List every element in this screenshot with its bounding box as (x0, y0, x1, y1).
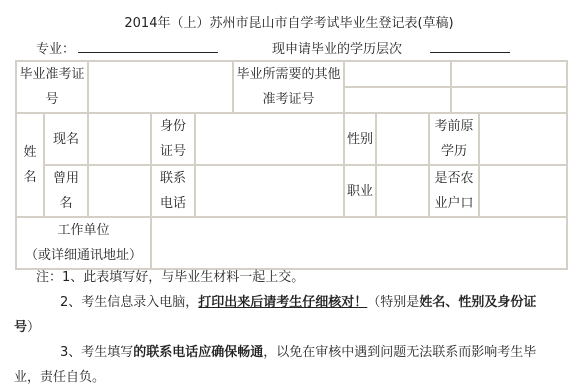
current-name-cell[interactable] (88, 113, 151, 165)
gender-cell[interactable] (376, 113, 429, 165)
employer-label: 工作单位 （或详细通讯地址） (16, 217, 151, 269)
note-3: 3、考生填写的联系电话应确保畅通，以免在审核中遇到问题无法联系而影响考生毕 (0, 340, 578, 365)
note-2-mid: （特别是 (367, 295, 419, 310)
employer-cell[interactable] (151, 217, 567, 269)
rural-hukou-cell[interactable] (479, 165, 567, 217)
meta-row: 专业： 现申请毕业的学历层次 (0, 38, 578, 56)
former-name-label: 曾用名 (44, 165, 88, 217)
prior-education-cell[interactable] (479, 113, 567, 165)
other-exam-id-cell-3[interactable] (344, 87, 451, 113)
note-2: 2、考生信息录入电脑，打印出来后请考生仔细核对！（特别是姓名、性别及身份证 (0, 290, 578, 315)
prior-education-label: 考前原学历 (429, 113, 479, 165)
note-3-wrap: 业，责任自负。 (0, 365, 578, 385)
employer-label-line1: 工作单位 (19, 218, 148, 243)
other-exam-ids-label: 毕业所需要的其他准考证号 (233, 61, 344, 113)
form-title: 2014年（上）苏州市昆山市自学考试毕业生登记表(草稿) (0, 12, 578, 31)
occupation-cell[interactable] (376, 165, 429, 217)
notes: 注：1、此表填写好，与毕业生材料一起上交。 2、考生信息录入电脑，打印出来后请考… (0, 265, 578, 385)
note-2-wrap-bold: 号 (14, 320, 27, 335)
current-name-label: 现名 (44, 113, 88, 165)
note-2-end: ） (27, 320, 40, 335)
note-2-wrap: 号） (0, 315, 578, 340)
note-2-prefix: 2、考生信息录入电脑， (60, 295, 198, 310)
other-exam-id-cell-4[interactable] (451, 87, 567, 113)
rural-hukou-label: 是否农业户口 (429, 165, 479, 217)
occupation-label: 职业 (344, 165, 376, 217)
major-field[interactable] (78, 52, 218, 53)
note-3-prefix: 3、考生填写 (60, 345, 133, 360)
exam-id-cell[interactable] (88, 61, 233, 113)
exam-id-label: 毕业准考证号 (16, 61, 88, 113)
other-exam-id-cell-1[interactable] (344, 61, 451, 87)
id-card-label: 身份证号 (151, 113, 195, 165)
id-card-cell[interactable] (195, 113, 344, 165)
note-3-rest: ，以免在审核中遇到问题无法联系而影响考生毕 (263, 345, 536, 360)
major-label: 专业： (36, 38, 75, 57)
gender-label: 性别 (344, 113, 376, 165)
phone-cell[interactable] (195, 165, 344, 217)
note-1: 注：1、此表填写好，与毕业生材料一起上交。 (0, 265, 578, 290)
phone-label: 联系电话 (151, 165, 195, 217)
registration-table: 毕业准考证号 毕业所需要的其他准考证号 姓名 现名 身份证号 性别 考前原学历 … (15, 60, 568, 270)
note-2-bold: 姓名、性别及身份证 (419, 295, 536, 310)
degree-level-label: 现申请毕业的学历层次 (272, 38, 402, 57)
name-group-label: 姓名 (16, 113, 44, 217)
note-3-bold: 的联系电话应确保畅通 (133, 345, 263, 360)
note-2-emphasis: 打印出来后请考生仔细核对！ (198, 295, 367, 310)
other-exam-id-cell-2[interactable] (451, 61, 567, 87)
degree-level-field[interactable] (430, 52, 510, 53)
former-name-cell[interactable] (88, 165, 151, 217)
